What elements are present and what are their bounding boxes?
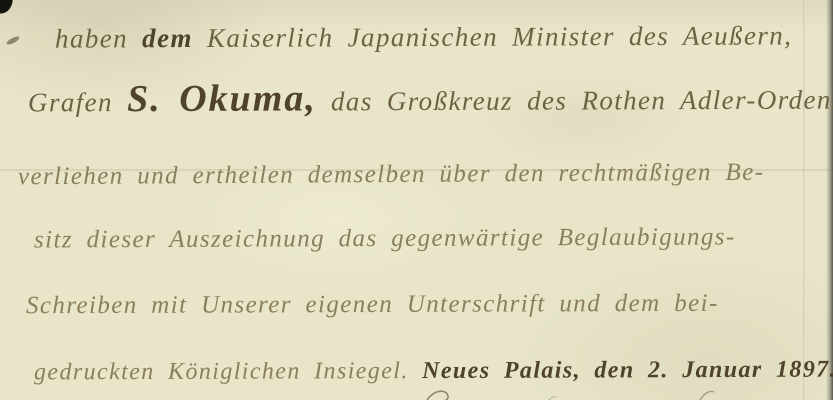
ink-smudge: [6, 35, 21, 46]
text-segment: haben: [55, 23, 142, 53]
text-segment: Grafen: [28, 87, 127, 117]
document-page: haben dem Kaiserlich Japanischen Ministe…: [0, 0, 833, 400]
text-line-1: haben dem Kaiserlich Japanischen Ministe…: [55, 12, 792, 61]
scan-corner-mark: [0, 0, 13, 15]
text-segment: Kaiserlich Japanischen Minister des Aeuß…: [207, 20, 792, 53]
scan-right-edge: [826, 0, 833, 400]
text-segment: sitz dieser Auszeichnung das gegenwärtig…: [34, 223, 736, 253]
text-segment: Schreiben mit Unserer eigenen Unterschri…: [26, 290, 719, 319]
text-segment: gedruckten Königlichen Insiegel.: [34, 358, 422, 385]
paper-crease-vertical: [803, 0, 806, 400]
text-segment: das Großkreuz des Rothen Adler-Ordens: [317, 85, 833, 117]
text-line-4: sitz dieser Auszeichnung das gegenwärtig…: [34, 214, 736, 263]
recipient-name: S. Okuma,: [127, 77, 317, 120]
cutoff-next-line-strokes: [0, 384, 833, 400]
text-line-3: verliehen und ertheilen demselben über d…: [18, 150, 765, 201]
text-line-5: Schreiben mit Unserer eigenen Unterschri…: [26, 281, 719, 329]
text-segment: verliehen und ertheilen demselben über d…: [18, 159, 765, 191]
date-place-segment: Neues Palais, den 2. Januar 1897.: [422, 357, 833, 384]
text-line-2: Grafen S. Okuma, das Großkreuz des Rothe…: [28, 71, 833, 129]
text-segment-emphasized: dem: [142, 23, 207, 53]
